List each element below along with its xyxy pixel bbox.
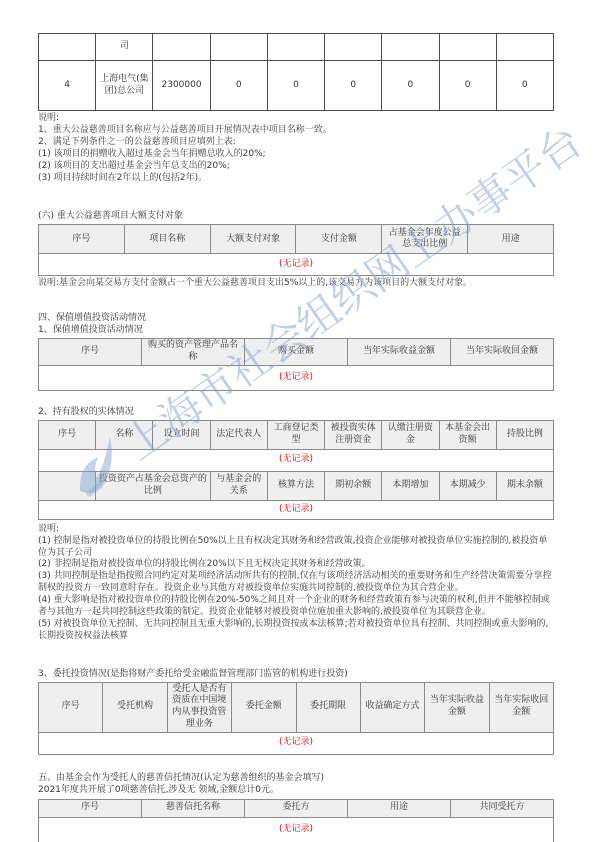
col-header: 本期减少: [439, 471, 496, 500]
col-header: 项目名称: [124, 225, 210, 254]
col-header: 慈善信托名称: [142, 799, 245, 817]
no-record-row: (无记录): [39, 500, 554, 519]
col-header: 本基金会出资额: [439, 420, 496, 449]
col-header: 大额支付对象: [210, 225, 296, 254]
header-row: 序号 受托机构 受托人是否有资质在中国境内从事投资管理业务 委托金额 委托期限 …: [39, 682, 554, 732]
section-4-heading: 四、保值增值投资活动情况: [38, 312, 554, 324]
no-record-row: (无记录): [39, 254, 554, 276]
note-line: 2、满足下列条件之一的公益慈善项目应填列上表:: [38, 137, 554, 149]
col-header: 用途: [468, 225, 554, 254]
report-page: 司 4 上海电气(集团)总公司 2300000 0 0 0 0 0 0: [0, 0, 595, 842]
entrusted-investment-table: 序号 受托机构 受托人是否有资质在中国境内从事投资管理业务 委托金额 委托期限 …: [38, 682, 554, 755]
col-header: 与基金会的关系: [210, 471, 267, 500]
col-header: 序号: [39, 225, 125, 254]
col-header: 委托期限: [296, 682, 360, 732]
note-line: (3) 项目持续时间在2年以上的(包括2年)。: [38, 173, 554, 185]
no-record-row: (无记录): [39, 732, 554, 754]
note-line: (1) 控制是指对被投资单位的持股比例在50%以上且有权决定其财务和经营政策,投…: [38, 536, 554, 560]
notes-major-projects: 说明: 1、重大公益慈善项目名称应与公益慈善项目开展情况表中项目名称一致。 2、…: [38, 113, 554, 184]
table-row: 4 上海电气(集团)总公司 2300000 0 0 0 0 0 0: [39, 61, 554, 111]
col-header: 序号: [39, 682, 103, 732]
col-header: 持股比例: [496, 420, 553, 449]
investment-activity-table: 序号 购买的资产管理产品名称 购买金额 当年实际收益金额 当年实际收回金额 (无…: [38, 338, 554, 390]
header-row: 序号 项目名称 大额支付对象 支付金额 占基金会年度公益总支出比例 用途: [39, 225, 554, 254]
col-header: 序号: [39, 339, 142, 365]
col-header: 当年实际收益金额: [425, 682, 489, 732]
col-header: 当年实际收回金额: [451, 339, 554, 365]
header-row: 投资资产占基金会总资产的比例 与基金会的关系 核算方法 期初余额 本期增加 本期…: [39, 471, 554, 500]
col-header: 设立时间: [153, 420, 210, 449]
notes-equity: 说明: (1) 控制是指对被投资单位的持股比例在50%以上且有权决定其财务和经营…: [38, 524, 554, 643]
col-header: 本期增加: [382, 471, 439, 500]
note-line: (4) 重大影响是指对被投资单位的持股比例在20%-50%之间且对一个企业的财务…: [38, 595, 554, 619]
col-header: 用途: [348, 799, 451, 817]
section-5-heading: 五、由基金会作为受托人的慈善信托情况(认定为慈善组织的基金会填写): [38, 772, 554, 784]
header-row: 序号 慈善信托名称 委托方 用途 共同受托方: [39, 799, 554, 817]
section-6-note: 说明:基金会向某交易方支付金额占一个重大公益慈善项目支出5%以上的,该交易方为该…: [38, 278, 554, 290]
col-header: 当年实际收益金额: [348, 339, 451, 365]
header-row: 序号 名称 设立时间 法定代表人 工商登记类型 被投资实体注册资金 认缴注册资金…: [39, 420, 554, 449]
note-line: (5) 对被投资单位无控制、无共同控制且无重大影响的,长期投资按成本法核算;若对…: [38, 619, 554, 643]
section-4-1-heading: 1、保值增值投资活动情况: [38, 324, 554, 336]
major-project-carryover-table: 司 4 上海电气(集团)总公司 2300000 0 0 0 0 0 0: [38, 33, 554, 111]
col-header: 当年实际收回金额: [489, 682, 553, 732]
section-4-2-heading: 2、持有股权的实体情况: [38, 406, 554, 418]
col-header: 受托人是否有资质在中国境内从事投资管理业务: [167, 682, 231, 732]
col-header: 序号: [39, 420, 96, 449]
table-row: 司: [39, 34, 554, 61]
notes-title: 说明:: [38, 113, 554, 125]
col-header: 共同受托方: [451, 799, 554, 817]
col-header: 序号: [39, 799, 142, 817]
col-header: 期末余额: [496, 471, 553, 500]
col-header: 认缴注册资金: [382, 420, 439, 449]
section-5-summary: 2021年度共开展了0项慈善信托,涉及无 领域,金额总计0元。: [38, 784, 554, 796]
no-record-row: (无记录): [39, 817, 554, 842]
col-header: 法定代表人: [210, 420, 267, 449]
col-header: 支付金额: [296, 225, 382, 254]
col-header: 投资资产占基金会总资产的比例: [96, 471, 210, 500]
large-payment-targets-table: 序号 项目名称 大额支付对象 支付金额 占基金会年度公益总支出比例 用途 (无记…: [38, 224, 554, 276]
col-header: 被投资实体注册资金: [325, 420, 382, 449]
col-header: 收益确定方式: [360, 682, 424, 732]
note-line: (2) 该项目的支出超过基金会当年总支出的20%;: [38, 161, 554, 173]
note-line: (3) 共同控制是指是指按照合同约定对某项经济活动所共有的控制,仅在与该项经济活…: [38, 571, 554, 595]
col-header: 工商登记类型: [267, 420, 324, 449]
no-record-row: (无记录): [39, 365, 554, 390]
col-header: 核算方法: [267, 471, 324, 500]
section-6-heading: (六) 重大公益慈善项目大额支付对象: [38, 210, 554, 222]
col-header: 委托方: [245, 799, 348, 817]
report-content: 司 4 上海电气(集团)总公司 2300000 0 0 0 0 0 0: [38, 33, 554, 842]
note-line: (1) 该项目的捐赠收入超过基金会当年捐赠总收入的20%;: [38, 149, 554, 161]
note-line: 1、重大公益慈善项目名称应与公益慈善项目开展情况表中项目名称一致。: [38, 125, 554, 137]
col-header: [39, 471, 96, 500]
charitable-trust-table: 序号 慈善信托名称 委托方 用途 共同受托方 (无记录): [38, 799, 554, 842]
notes-title: 说明:: [38, 524, 554, 536]
col-header: 名称: [96, 420, 153, 449]
col-header: 占基金会年度公益总支出比例: [382, 225, 468, 254]
col-header: 购买的资产管理产品名称: [142, 339, 245, 365]
col-header: 期初余额: [325, 471, 382, 500]
col-header: 受托机构: [103, 682, 167, 732]
header-row: 序号 购买的资产管理产品名称 购买金额 当年实际收益金额 当年实际收回金额: [39, 339, 554, 365]
note-line: (2) 非控制是指对被投资单位的持股比例在20%以下且无权决定其财务和经营政策。: [38, 559, 554, 571]
no-record-row: (无记录): [39, 449, 554, 471]
col-header: 委托金额: [232, 682, 296, 732]
col-header: 购买金额: [245, 339, 348, 365]
section-4-3-heading: 3、委托投资情况(是指将财产委托给受金融监督管理部门监管的机构进行投资): [38, 668, 554, 680]
equity-entities-table: 序号 名称 设立时间 法定代表人 工商登记类型 被投资实体注册资金 认缴注册资金…: [38, 420, 554, 520]
